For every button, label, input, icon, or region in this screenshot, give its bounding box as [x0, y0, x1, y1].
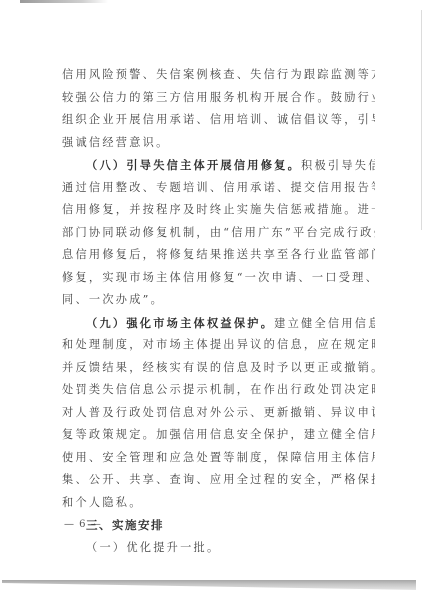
- text-line: 部门协同联动修复机制，由“信用广东”平台完成行政处罚信: [62, 222, 375, 245]
- text-span: 积极引导失信市场主体: [301, 159, 375, 172]
- text-line: （九）强化市场主体权益保护。建立健全信用信息异议申诉: [62, 312, 375, 335]
- scan-artifact-right-edge: [421, 10, 422, 230]
- text-line: 对人普及行政处罚信息对外公示、更新撤销、异议申诉、信用修: [62, 402, 375, 425]
- text-line: 和个人隐私。: [62, 492, 375, 515]
- text-line: 使用、安全管理和应急处置等制度，保障信用主体信用信息在归: [62, 447, 375, 470]
- text-line: （八）引导失信主体开展信用修复。积极引导失信市场主体: [62, 154, 375, 177]
- text-line: 同、一次办成”。: [62, 289, 375, 312]
- item-9-heading: （九）强化市场主体权益保护。: [86, 316, 274, 330]
- text-line: 修复，实现市场主体信用修复“一次申请、一口受理、部门协: [62, 267, 375, 290]
- scan-artifact-top: [20, 0, 108, 3]
- text-line: 强诚信经营意识。: [62, 132, 375, 155]
- text-line: 集、公开、共享、查询、应用全过程的安全，严格保护商业秘密: [62, 469, 375, 492]
- item-8-paragraph: （八）引导失信主体开展信用修复。积极引导失信市场主体 通过信用整改、专题培训、信…: [62, 154, 375, 312]
- text-line: 息信用修复后，将修复结果推送共享至各行业监管部门同步进行: [62, 244, 375, 267]
- text-line: 处罚类失信信息公示提示机制，在作出行政处罚决定时向行政相: [62, 379, 375, 402]
- section-3-subitem-1: （一）优化提升一批。: [62, 537, 375, 560]
- text-span: 建立健全信用信息异议申诉: [274, 317, 375, 330]
- item-8-heading: （八）引导失信主体开展信用修复。: [86, 158, 301, 172]
- paragraph-continued: 信用风险预警、失信案例核查、失信行为跟踪监测等方面与具备 较强公信力的第三方信用…: [62, 64, 375, 154]
- section-3: 三、实施安排 （一）优化提升一批。: [62, 514, 375, 559]
- text-line: 信用修复，并按程序及时终止实施失信惩戒措施。进一步建立多: [62, 199, 375, 222]
- item-9-paragraph: （九）强化市场主体权益保护。建立健全信用信息异议申诉 和处理制度，对市场主体提出…: [62, 312, 375, 515]
- text-line: 较强公信力的第三方信用服务机构开展合作。鼓励行业协会商会: [62, 87, 375, 110]
- document-page: 信用风险预警、失信案例核查、失信行为跟踪监测等方面与具备 较强公信力的第三方信用…: [62, 64, 375, 559]
- text-line: 并反馈结果，经核实有误的信息及时予以更正或撤销。建立行政: [62, 357, 375, 380]
- section-3-title: 三、实施安排: [62, 514, 375, 537]
- text-line: 组织企业开展信用承诺、信用培训、诚信倡议等，引导本行业增: [62, 109, 375, 132]
- text-line: 复等政策规定。加强信用信息安全保护，建立健全信用信息查询: [62, 424, 375, 447]
- text-line: 和处理制度，对市场主体提出异议的信息，应在规定时限内核实: [62, 334, 375, 357]
- scan-artifact-bottom: [2, 580, 416, 590]
- text-line: 信用风险预警、失信案例核查、失信行为跟踪监测等方面与具备: [62, 64, 375, 87]
- page-number: — 6 —: [64, 519, 102, 530]
- text-line: 通过信用整改、专题培训、信用承诺、提交信用报告等方式开展: [62, 177, 375, 200]
